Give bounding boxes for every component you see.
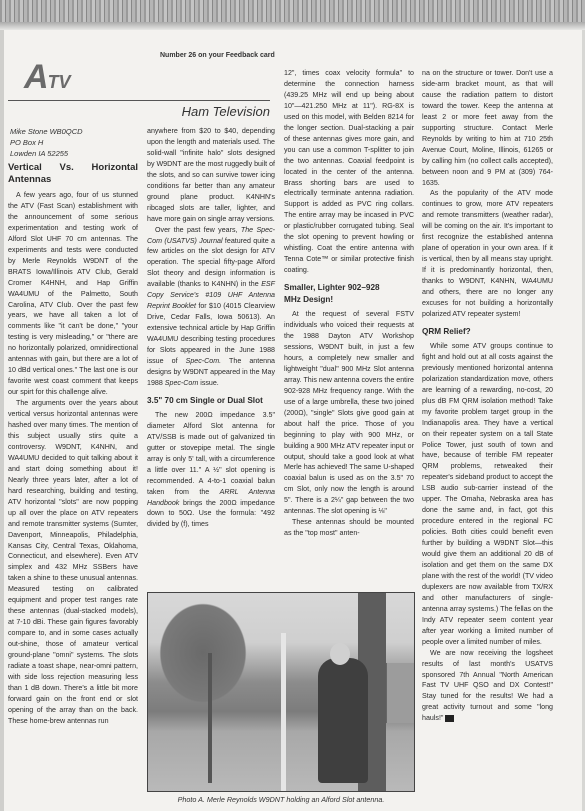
paragraph: 12", times coax velocity formula" to det…: [284, 68, 414, 276]
header-rule: [8, 100, 270, 101]
end-of-article-icon: [445, 715, 454, 722]
column-subtitle: Ham Television: [160, 104, 270, 119]
house: [386, 663, 415, 723]
column-3: 12", times coax velocity formula" to det…: [284, 68, 414, 539]
column-4: na on the structure or tower. Don't use …: [422, 68, 553, 724]
feedback-number: Number 26 on your Feedback card: [160, 52, 275, 59]
photo-caption: Photo A. Merle Reynolds W9DNT holding an…: [147, 795, 415, 804]
paragraph: These antennas should be mounted as the …: [284, 517, 414, 539]
slot-antenna: [281, 633, 286, 791]
scan-edge: [0, 0, 585, 30]
paragraph: At the request of several FSTV individua…: [284, 309, 414, 517]
page-edge-left: [0, 30, 4, 811]
paragraph: The arguments over the years about verti…: [8, 398, 138, 727]
dish-pole: [208, 653, 212, 783]
column-2: anywhere from $20 to $40, depending upon…: [147, 126, 275, 530]
paragraph: While some ATV groups continue to fight …: [422, 341, 553, 648]
paragraph: na on the structure or tower. Don't use …: [422, 68, 553, 188]
photo-antenna: [147, 592, 415, 792]
person: [318, 658, 368, 783]
author-name: Mike Stone WB0QCD: [10, 126, 83, 137]
column-1: Vertical Vs. Horizontal Antennas A few y…: [8, 162, 138, 727]
author-address-2: Lowden IA 52255: [10, 148, 83, 159]
author-byline: Mike Stone WB0QCD PO Box H Lowden IA 522…: [10, 126, 83, 159]
paragraph: The new 200Ω impedance 3.5" diameter Alf…: [147, 410, 275, 530]
paragraph: A few years ago, four of us stunned the …: [8, 190, 138, 398]
person-head: [330, 643, 350, 665]
paragraph: anywhere from $20 to $40, depending upon…: [147, 126, 275, 225]
section-heading: Smaller, Lighter 902–928MHz Design!: [284, 282, 414, 306]
section-heading: QRM Relief?: [422, 326, 553, 338]
paragraph: Over the past few years, The Spec-Com (U…: [147, 225, 275, 389]
column-logo: ATV: [24, 58, 71, 97]
section-heading: Vertical Vs. Horizontal Antennas: [8, 162, 138, 186]
section-heading: 3.5" 70 cm Single or Dual Slot: [147, 395, 275, 407]
author-address-1: PO Box H: [10, 137, 83, 148]
paragraph: As the popularity of the ATV mode contin…: [422, 188, 553, 319]
paragraph: We are now receiving the logsheet result…: [422, 648, 553, 725]
